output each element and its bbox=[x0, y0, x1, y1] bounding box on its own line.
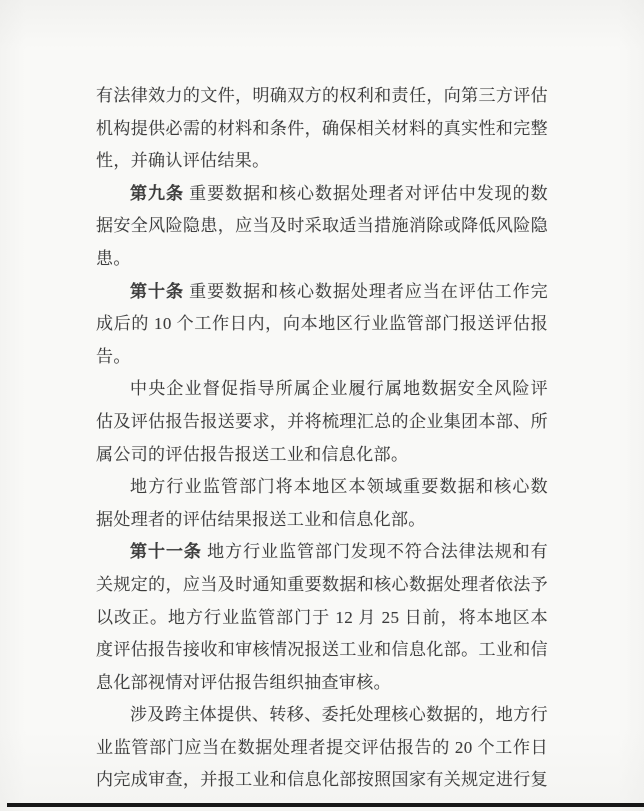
text-segment: 中央企业督促指导所属企业履行属地数据安全风险评 bbox=[130, 379, 548, 398]
article-heading-line: 第十一条 地方行业监管部门发现不符合法律法规和有 bbox=[96, 536, 548, 569]
text-segment: 机构提供必需的材料和条件，确保相关材料的真实性和完整 bbox=[96, 119, 548, 138]
text-segment: 重要数据和核心数据处理者应当在评估工作完 bbox=[184, 282, 548, 301]
text-segment: 地方行业监管部门将本地区本领域重要数据和核心数 bbox=[130, 477, 548, 496]
text-segment: 告。 bbox=[96, 347, 131, 366]
article-heading-line: 第九条 重要数据和核心数据处理者对评估中发现的数 bbox=[96, 178, 548, 211]
text-line: 息化部视情对评估报告组织抽查审核。 bbox=[96, 667, 548, 700]
text-line: 患。 bbox=[96, 243, 548, 276]
text-line: 度评估报告接收和审核情况报送工业和信息化部。工业和信 bbox=[96, 634, 548, 667]
text-line: 内完成审查，并报工业和信息化部按照国家有关规定进行复 bbox=[96, 764, 548, 797]
document-page: 有法律效力的文件，明确双方的权利和责任，向第三方评估机构提供必需的材料和条件，确… bbox=[0, 0, 644, 811]
text-segment: 地方行业监管部门发现不符合法律法规和有 bbox=[202, 542, 548, 561]
page-bottom-edge-line bbox=[7, 803, 644, 807]
text-segment: 内完成审查，并报工业和信息化部按照国家有关规定进行复 bbox=[96, 770, 548, 789]
text-line: 业监管部门应当在数据处理者提交评估报告的 20 个工作日 bbox=[96, 732, 548, 765]
text-line: 属公司的评估报告报送工业和信息化部。 bbox=[96, 439, 548, 472]
text-segment: 性，并确认评估结果。 bbox=[96, 151, 270, 170]
text-segment: 据处理者的评估结果报送工业和信息化部。 bbox=[96, 510, 426, 529]
text-line: 成后的 10 个工作日内，向本地区行业监管部门报送评估报 bbox=[96, 308, 548, 341]
text-segment: 度评估报告接收和审核情况报送工业和信息化部。工业和信 bbox=[96, 640, 548, 659]
text-line: 中央企业督促指导所属企业履行属地数据安全风险评 bbox=[96, 373, 548, 406]
text-segment: 息化部视情对评估报告组织抽查审核。 bbox=[96, 673, 391, 692]
article-number: 第九条 bbox=[130, 184, 184, 203]
article-heading-line: 第十条 重要数据和核心数据处理者应当在评估工作完 bbox=[96, 276, 548, 309]
text-segment: 估及评估报告报送要求，并将梳理汇总的企业集团本部、所 bbox=[96, 412, 548, 431]
text-segment: 有法律效力的文件，明确双方的权利和责任，向第三方评估 bbox=[96, 86, 548, 105]
document-body: 有法律效力的文件，明确双方的权利和责任，向第三方评估机构提供必需的材料和条件，确… bbox=[96, 80, 548, 797]
text-line: 以改正。地方行业监管部门于 12 月 25 日前，将本地区本年 bbox=[96, 602, 548, 635]
text-line: 估及评估报告报送要求，并将梳理汇总的企业集团本部、所 bbox=[96, 406, 548, 439]
text-segment: 患。 bbox=[96, 249, 131, 268]
text-line: 机构提供必需的材料和条件，确保相关材料的真实性和完整 bbox=[96, 113, 548, 146]
article-number: 第十条 bbox=[130, 282, 184, 301]
text-segment: 业监管部门应当在数据处理者提交评估报告的 20 个工作日 bbox=[96, 738, 548, 757]
text-line: 有法律效力的文件，明确双方的权利和责任，向第三方评估 bbox=[96, 80, 548, 113]
text-segment: 重要数据和核心数据处理者对评估中发现的数 bbox=[184, 184, 548, 203]
article-number: 第十一条 bbox=[130, 542, 202, 561]
text-segment: 据安全风险隐患，应当及时采取适当措施消除或降低风险隐 bbox=[96, 216, 548, 235]
text-segment: 以改正。地方行业监管部门于 12 月 25 日前，将本地区本年 bbox=[96, 608, 548, 635]
text-line: 据处理者的评估结果报送工业和信息化部。 bbox=[96, 504, 548, 537]
text-segment: 属公司的评估报告报送工业和信息化部。 bbox=[96, 445, 408, 464]
text-line: 告。 bbox=[96, 341, 548, 374]
text-line: 性，并确认评估结果。 bbox=[96, 145, 548, 178]
text-segment: 涉及跨主体提供、转移、委托处理核心数据的，地方行 bbox=[130, 705, 548, 724]
text-line: 据安全风险隐患，应当及时采取适当措施消除或降低风险隐 bbox=[96, 210, 548, 243]
text-line: 地方行业监管部门将本地区本领域重要数据和核心数 bbox=[96, 471, 548, 504]
text-line: 关规定的，应当及时通知重要数据和核心数据处理者依法予 bbox=[96, 569, 548, 602]
text-line: 涉及跨主体提供、转移、委托处理核心数据的，地方行 bbox=[96, 699, 548, 732]
text-segment: 成后的 10 个工作日内，向本地区行业监管部门报送评估报 bbox=[96, 314, 548, 333]
text-segment: 关规定的，应当及时通知重要数据和核心数据处理者依法予 bbox=[96, 575, 548, 594]
